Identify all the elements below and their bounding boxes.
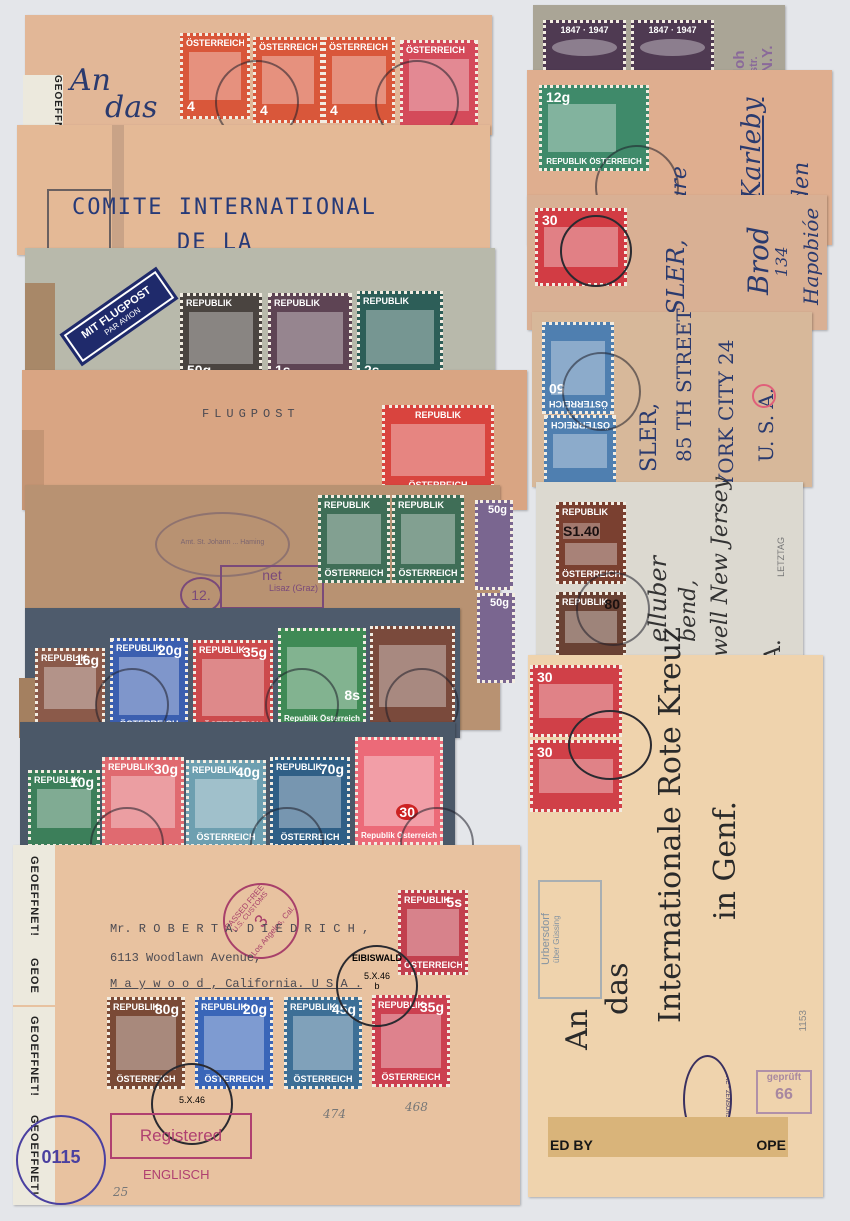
typed-flugpost: FLUGPOST [202, 407, 300, 421]
handwriting-das: das [105, 90, 158, 125]
pencil-note: 25 [113, 1185, 128, 1199]
postmark [562, 352, 641, 431]
airmail-label: MIT FLUGPOST PAR AVION [64, 271, 175, 362]
paper-tape [25, 283, 55, 383]
stamp: REPUBLIK35gÖSTERREICH [193, 640, 273, 735]
stamp: REPUBLIK16g [35, 648, 105, 728]
handstamp: loh str. N.Y. [733, 33, 775, 73]
pencil-letztag: LETZTAG [776, 537, 786, 577]
censor-strip-top: GEOEFFNET! GEOE [13, 845, 55, 1005]
handwriting-street: 85 TH STREET [672, 308, 696, 462]
british-zone-censor-cachet: 0115 [16, 1115, 106, 1205]
stamp: 1847 · 1947 [631, 20, 714, 75]
cover-1847-1947: 1847 · 1947 1847 · 1947 loh str. N.Y. [533, 5, 785, 73]
handwriting-brod: Brod [742, 226, 775, 295]
handwriting-city: YORK CITY 24 [714, 339, 738, 487]
address-line-3: M a y w o o d , California. U S A . [110, 977, 362, 991]
stamp: REPUBLIK10g [28, 770, 100, 847]
stamp: REPUBLIKÖSTERREICH [318, 495, 390, 583]
handwriting-hapobioe: Hapobióe [799, 208, 823, 305]
handwriting-new-jersey: well New Jersey [708, 477, 733, 657]
handwriting-das: das [600, 963, 635, 1016]
address-line-2: 6113 Woodlawn Avenue, [110, 951, 261, 965]
cover-blue-wien-2: REPUBLIK10g REPUBLIK30g REPUBLIK40gÖSTER… [20, 722, 455, 847]
postmark [576, 572, 650, 646]
cover-airmail-grey: MIT FLUGPOST PAR AVION REPUBLIK50g REPUB… [25, 248, 495, 383]
address-line-1: Mr. R O B E R T A. D I E D R I C H , [110, 922, 369, 936]
handwriting-sler: SLER, [637, 403, 662, 472]
pencil-note: 474 [323, 1107, 346, 1121]
stamp: REPUBLIKÖSTERREICH [392, 495, 464, 583]
red-mark [752, 384, 776, 408]
cover-an-das: GEOEFFNET! An das ÖSTERREICH4 ÖSTERREICH… [25, 15, 492, 135]
examined-box: geprüft 99 [756, 1070, 812, 1114]
registered-label: Registered [110, 1113, 252, 1159]
englisch-mark: ENGLISCH [143, 1167, 209, 1182]
cover-new-york: ÖSTERREICH50 ÖSTERREICH SLER, 85 TH STRE… [532, 312, 812, 487]
pencil-note: 468 [405, 1100, 428, 1114]
stamp: REPUBLIKÖSTERREICH [382, 405, 494, 495]
stamp: 50g [477, 593, 515, 683]
handwriting-134: 134 [772, 246, 791, 277]
handwriting-an: An [560, 1009, 595, 1050]
handwriting-rote-kreuz: Internationale Rote Kreuz [653, 627, 688, 1023]
eibiswald-postmark: EIBISWALD 5.X.46 b [336, 945, 418, 1027]
cover-rote-kreuz-genf: 30 30 Urbersdorf über Güssing An das Int… [528, 655, 823, 1197]
postmark [568, 710, 652, 780]
stamp: 50g [475, 500, 513, 590]
handwriting-karleby: Karleby [737, 98, 767, 200]
postmark [560, 215, 632, 287]
tape-shadow [112, 125, 124, 255]
pencil-note: 1153 [798, 1010, 809, 1032]
censor-tape: ED BY OPE [548, 1117, 788, 1157]
cover-blue-wien-1: REPUBLIK16g REPUBLIK20gÖSTERREICH REPUBL… [25, 608, 460, 738]
address-line-1: COMITE INTERNATIONAL [72, 195, 377, 220]
handwriting-genf: in Genf. [708, 801, 743, 920]
stamp: 1847 · 1947 [543, 20, 626, 75]
cover-comite-international: COMITE INTERNATIONAL DE LA [17, 125, 490, 255]
sender-box-stamp: Urbersdorf über Güssing [538, 880, 602, 999]
handwriting-probst: SLER, [662, 239, 690, 315]
cover-diedrich-maywood: GEOEFFNET! GEOE GEOEFFNET! GEOEFFNET! PA… [13, 845, 520, 1205]
